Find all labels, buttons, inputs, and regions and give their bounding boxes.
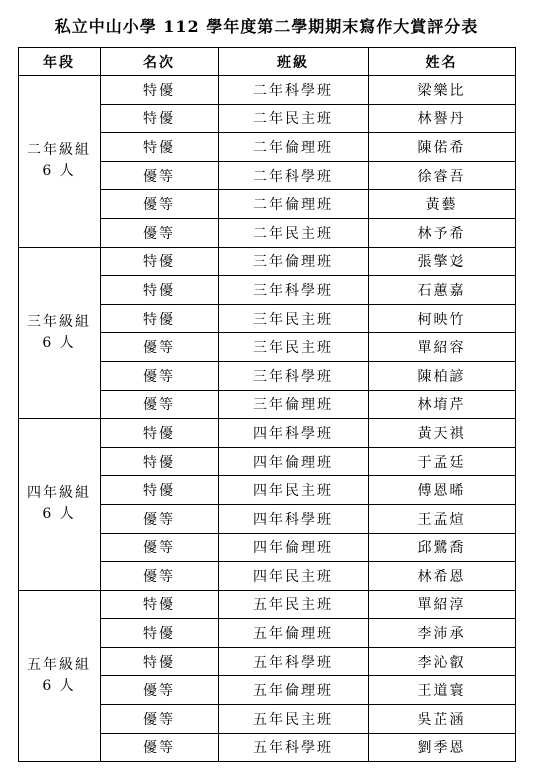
name-cell: 石蕙嘉 [368, 276, 515, 305]
class-cell: 二年科學班 [218, 76, 368, 105]
class-cell: 四年科學班 [218, 504, 368, 533]
grade-group-count: 6 人 [19, 676, 100, 697]
rank-cell: 特優 [100, 276, 218, 305]
class-cell: 三年科學班 [218, 361, 368, 390]
grade-group-count: 6 人 [19, 333, 100, 354]
rank-cell: 特優 [100, 76, 218, 105]
class-cell: 二年民主班 [218, 218, 368, 247]
rank-cell: 特優 [100, 619, 218, 648]
class-cell: 四年倫理班 [218, 533, 368, 562]
class-cell: 二年科學班 [218, 161, 368, 190]
grade-group-count: 6 人 [19, 161, 100, 182]
grade-group-label: 五年級組 [19, 655, 100, 676]
grade-group-label: 二年級組 [19, 140, 100, 161]
rank-cell: 特優 [100, 133, 218, 162]
rank-cell: 優等 [100, 218, 218, 247]
name-cell: 梁樂比 [368, 76, 515, 105]
class-cell: 四年倫理班 [218, 447, 368, 476]
column-header-grade: 年段 [18, 48, 100, 76]
rank-cell: 特優 [100, 419, 218, 448]
grade-group-cell: 二年級組6 人 [18, 76, 100, 248]
class-cell: 五年倫理班 [218, 619, 368, 648]
rank-cell: 特優 [100, 647, 218, 676]
class-cell: 五年民主班 [218, 705, 368, 734]
column-header-rank: 名次 [100, 48, 218, 76]
class-cell: 五年倫理班 [218, 676, 368, 705]
name-cell: 黃天祺 [368, 419, 515, 448]
name-cell: 邱鷺喬 [368, 533, 515, 562]
rank-cell: 特優 [100, 590, 218, 619]
name-cell: 王道寰 [368, 676, 515, 705]
grade-group-cell: 三年級組6 人 [18, 247, 100, 419]
name-cell: 黃藝 [368, 190, 515, 219]
column-header-name: 姓名 [368, 48, 515, 76]
class-cell: 四年民主班 [218, 562, 368, 591]
rank-cell: 優等 [100, 161, 218, 190]
score-table: 年段 名次 班級 姓名 二年級組6 人特優二年科學班梁樂比特優二年民主班林譽丹特… [18, 47, 516, 762]
header-row: 年段 名次 班級 姓名 [18, 48, 515, 76]
rank-cell: 優等 [100, 333, 218, 362]
name-cell: 劉季恩 [368, 733, 515, 762]
name-cell: 李沛承 [368, 619, 515, 648]
class-cell: 二年倫理班 [218, 133, 368, 162]
table-body: 二年級組6 人特優二年科學班梁樂比特優二年民主班林譽丹特優二年倫理班陳偌希優等二… [18, 76, 515, 762]
name-cell: 單紹淳 [368, 590, 515, 619]
name-cell: 王孟煊 [368, 504, 515, 533]
name-cell: 陳柏諺 [368, 361, 515, 390]
class-cell: 五年民主班 [218, 590, 368, 619]
name-cell: 吳芷涵 [368, 705, 515, 734]
rank-cell: 優等 [100, 390, 218, 419]
table-row: 二年級組6 人特優二年科學班梁樂比 [18, 76, 515, 105]
class-cell: 四年科學班 [218, 419, 368, 448]
column-header-class: 班級 [218, 48, 368, 76]
name-cell: 林譽丹 [368, 104, 515, 133]
table-row: 四年級組6 人特優四年科學班黃天祺 [18, 419, 515, 448]
rank-cell: 特優 [100, 104, 218, 133]
class-cell: 三年倫理班 [218, 390, 368, 419]
name-cell: 林堉芹 [368, 390, 515, 419]
class-cell: 三年民主班 [218, 333, 368, 362]
rank-cell: 特優 [100, 476, 218, 505]
name-cell: 徐睿吾 [368, 161, 515, 190]
name-cell: 李沁叡 [368, 647, 515, 676]
name-cell: 單紹容 [368, 333, 515, 362]
page-title: 私立中山小學 112 學年度第二學期期末寫作大賞評分表 [0, 0, 533, 37]
name-cell: 于孟廷 [368, 447, 515, 476]
class-cell: 三年民主班 [218, 304, 368, 333]
grade-group-label: 三年級組 [19, 312, 100, 333]
table-row: 五年級組6 人特優五年民主班單紹淳 [18, 590, 515, 619]
rank-cell: 優等 [100, 504, 218, 533]
rank-cell: 優等 [100, 676, 218, 705]
class-cell: 二年倫理班 [218, 190, 368, 219]
grade-group-label: 四年級組 [19, 483, 100, 504]
name-cell: 林希恩 [368, 562, 515, 591]
class-cell: 三年科學班 [218, 276, 368, 305]
rank-cell: 優等 [100, 361, 218, 390]
name-cell: 陳偌希 [368, 133, 515, 162]
class-cell: 五年科學班 [218, 647, 368, 676]
name-cell: 柯映竹 [368, 304, 515, 333]
class-cell: 三年倫理班 [218, 247, 368, 276]
grade-group-cell: 五年級組6 人 [18, 590, 100, 762]
class-cell: 二年民主班 [218, 104, 368, 133]
rank-cell: 特優 [100, 304, 218, 333]
name-cell: 林予希 [368, 218, 515, 247]
table-row: 三年級組6 人特優三年倫理班張擎彣 [18, 247, 515, 276]
rank-cell: 優等 [100, 705, 218, 734]
class-cell: 四年民主班 [218, 476, 368, 505]
rank-cell: 優等 [100, 733, 218, 762]
document-page: 私立中山小學 112 學年度第二學期期末寫作大賞評分表 年段 名次 班級 姓名 … [0, 0, 533, 783]
rank-cell: 特優 [100, 447, 218, 476]
rank-cell: 優等 [100, 190, 218, 219]
rank-cell: 優等 [100, 533, 218, 562]
name-cell: 張擎彣 [368, 247, 515, 276]
rank-cell: 特優 [100, 247, 218, 276]
rank-cell: 優等 [100, 562, 218, 591]
grade-group-cell: 四年級組6 人 [18, 419, 100, 591]
grade-group-count: 6 人 [19, 504, 100, 525]
class-cell: 五年科學班 [218, 733, 368, 762]
name-cell: 傅恩晞 [368, 476, 515, 505]
